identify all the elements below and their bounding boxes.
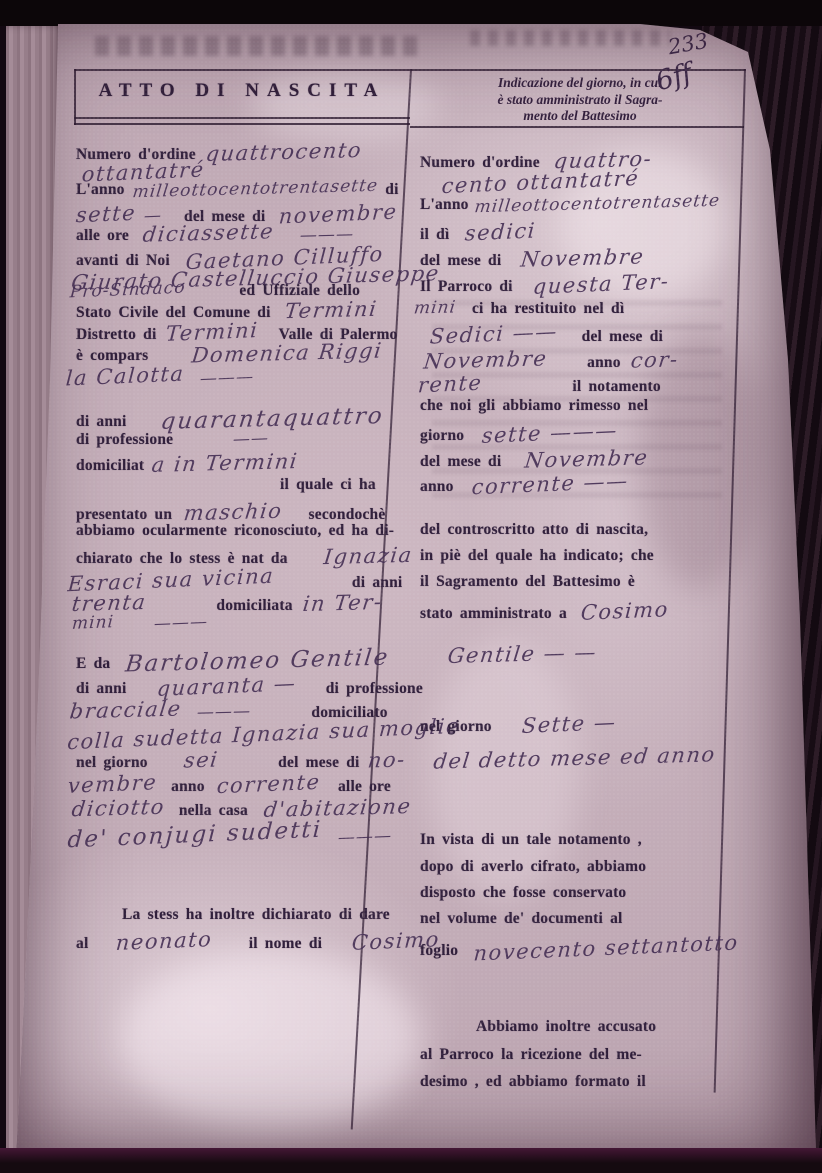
book-edge-bottom	[0, 1148, 822, 1173]
book-edge-top	[0, 0, 822, 26]
register-page: ATTO DI NASCITA Indicazione del giorno, …	[0, 0, 822, 1173]
photograph-of-register-page: ATTO DI NASCITA Indicazione del giorno, …	[0, 0, 822, 1173]
photo-vignette	[0, 0, 822, 1173]
